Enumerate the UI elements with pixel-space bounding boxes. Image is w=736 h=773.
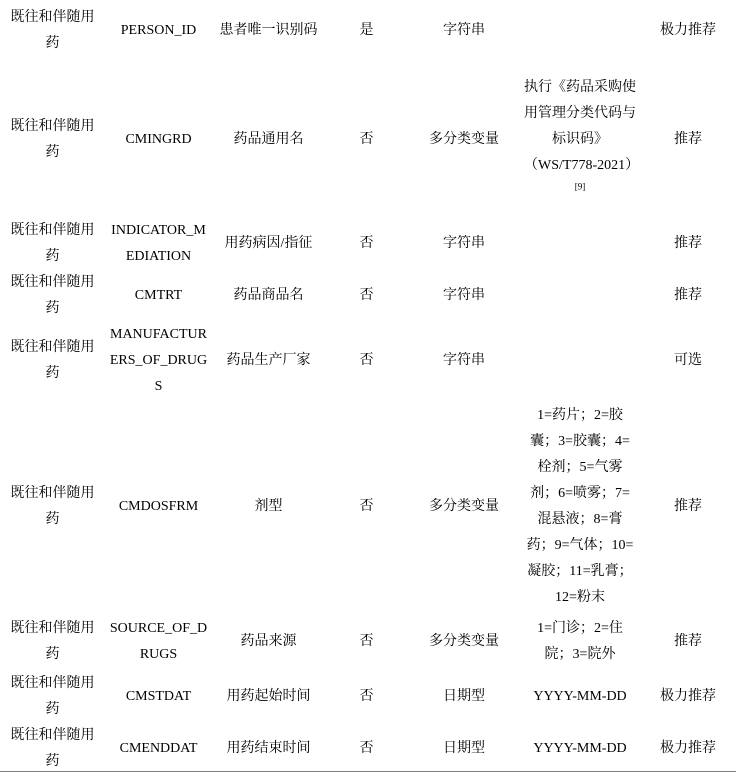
cell-description: 药品通用名 (212, 62, 325, 218)
value-text: 1=门诊；2=住院；3=院外 (537, 621, 623, 662)
cell-required: 否 (325, 322, 408, 400)
cell-variable-name: CMINGRD (105, 62, 212, 218)
value-text: 执行《药品采购使用管理分类代码与标识码》（WS/T778-2021） (524, 80, 639, 173)
cell-description: 药品来源 (212, 613, 325, 671)
cell-required: 是 (325, 0, 408, 62)
cell-data-type: 日期型 (408, 671, 520, 723)
cell-recommendation: 极力推荐 (640, 723, 736, 773)
cell-description: 药品商品名 (212, 270, 325, 322)
cell-data-type: 多分类变量 (408, 400, 520, 613)
cell-recommendation: 推荐 (640, 270, 736, 322)
table-row: 既往和伴随用药 CMINGRD 药品通用名 否 多分类变量 执行《药品采购使用管… (0, 62, 736, 218)
cell-data-type: 多分类变量 (408, 62, 520, 218)
cell-value-spec (520, 322, 640, 400)
cell-data-type: 多分类变量 (408, 613, 520, 671)
cell-category: 既往和伴随用药 (0, 62, 105, 218)
value-text: YYYY-MM-DD (533, 741, 626, 756)
cell-value-spec (520, 218, 640, 270)
cell-variable-name: CMDOSFRM (105, 400, 212, 613)
table-bottom-border (0, 771, 736, 772)
cell-recommendation: 推荐 (640, 613, 736, 671)
table-row: 既往和伴随用药 SOURCE_OF_DRUGS 药品来源 否 多分类变量 1=门… (0, 613, 736, 671)
cell-recommendation: 极力推荐 (640, 671, 736, 723)
cell-description: 用药病因/指征 (212, 218, 325, 270)
table-row: 既往和伴随用药 CMDOSFRM 剂型 否 多分类变量 1=药片；2=胶囊；3=… (0, 400, 736, 613)
cell-value-spec (520, 0, 640, 62)
cell-value-spec: YYYY-MM-DD (520, 723, 640, 773)
cell-variable-name: CMENDDAT (105, 723, 212, 773)
cell-description: 患者唯一识别码 (212, 0, 325, 62)
cell-data-type: 字符串 (408, 322, 520, 400)
cell-data-type: 字符串 (408, 218, 520, 270)
cell-required: 否 (325, 613, 408, 671)
cell-required: 否 (325, 400, 408, 613)
cell-variable-name: MANUFACTURERS_OF_DRUGS (105, 322, 212, 400)
value-text: 1=药片；2=胶囊；3=胶囊；4=栓剂；5=气雾剂；6=喷雾；7=混悬液；8=膏… (527, 408, 634, 605)
cell-recommendation: 极力推荐 (640, 0, 736, 62)
cell-recommendation: 推荐 (640, 400, 736, 613)
table-row: 既往和伴随用药 CMSTDAT 用药起始时间 否 日期型 YYYY-MM-DD … (0, 671, 736, 723)
cell-description: 药品生产厂家 (212, 322, 325, 400)
cell-variable-name: CMSTDAT (105, 671, 212, 723)
document-page: 既往和伴随用药 PERSON_ID 患者唯一识别码 是 字符串 极力推荐 既往和… (0, 0, 736, 773)
cell-category: 既往和伴随用药 (0, 0, 105, 62)
cell-value-spec: 1=门诊；2=住院；3=院外 (520, 613, 640, 671)
table-body: 既往和伴随用药 PERSON_ID 患者唯一识别码 是 字符串 极力推荐 既往和… (0, 0, 736, 773)
cell-value-spec: 1=药片；2=胶囊；3=胶囊；4=栓剂；5=气雾剂；6=喷雾；7=混悬液；8=膏… (520, 400, 640, 613)
cell-category: 既往和伴随用药 (0, 400, 105, 613)
table-row: 既往和伴随用药 MANUFACTURERS_OF_DRUGS 药品生产厂家 否 … (0, 322, 736, 400)
cell-category: 既往和伴随用药 (0, 613, 105, 671)
medication-data-dictionary-table: 既往和伴随用药 PERSON_ID 患者唯一识别码 是 字符串 极力推荐 既往和… (0, 0, 736, 773)
cell-description: 剂型 (212, 400, 325, 613)
cell-recommendation: 推荐 (640, 218, 736, 270)
cell-data-type: 字符串 (408, 270, 520, 322)
cell-data-type: 日期型 (408, 723, 520, 773)
cell-description: 用药结束时间 (212, 723, 325, 773)
table-row: 既往和伴随用药 PERSON_ID 患者唯一识别码 是 字符串 极力推荐 (0, 0, 736, 62)
cell-recommendation: 推荐 (640, 62, 736, 218)
cell-variable-name: INDICATOR_MEDIATION (105, 218, 212, 270)
cell-category: 既往和伴随用药 (0, 723, 105, 773)
cell-data-type: 字符串 (408, 0, 520, 62)
value-text: YYYY-MM-DD (533, 689, 626, 704)
cell-value-spec (520, 270, 640, 322)
cell-category: 既往和伴随用药 (0, 322, 105, 400)
cell-category: 既往和伴随用药 (0, 270, 105, 322)
cell-category: 既往和伴随用药 (0, 671, 105, 723)
cell-category: 既往和伴随用药 (0, 218, 105, 270)
cell-required: 否 (325, 62, 408, 218)
citation-superscript: [9] (575, 181, 586, 191)
cell-variable-name: PERSON_ID (105, 0, 212, 62)
cell-recommendation: 可选 (640, 322, 736, 400)
cell-required: 否 (325, 671, 408, 723)
table-row: 既往和伴随用药 CMENDDAT 用药结束时间 否 日期型 YYYY-MM-DD… (0, 723, 736, 773)
cell-description: 用药起始时间 (212, 671, 325, 723)
cell-required: 否 (325, 218, 408, 270)
cell-variable-name: SOURCE_OF_DRUGS (105, 613, 212, 671)
table-row: 既往和伴随用药 CMTRT 药品商品名 否 字符串 推荐 (0, 270, 736, 322)
cell-value-spec: YYYY-MM-DD (520, 671, 640, 723)
cell-variable-name: CMTRT (105, 270, 212, 322)
cell-required: 否 (325, 723, 408, 773)
cell-value-spec: 执行《药品采购使用管理分类代码与标识码》（WS/T778-2021）[9] (520, 62, 640, 218)
cell-required: 否 (325, 270, 408, 322)
table-row: 既往和伴随用药 INDICATOR_MEDIATION 用药病因/指征 否 字符… (0, 218, 736, 270)
